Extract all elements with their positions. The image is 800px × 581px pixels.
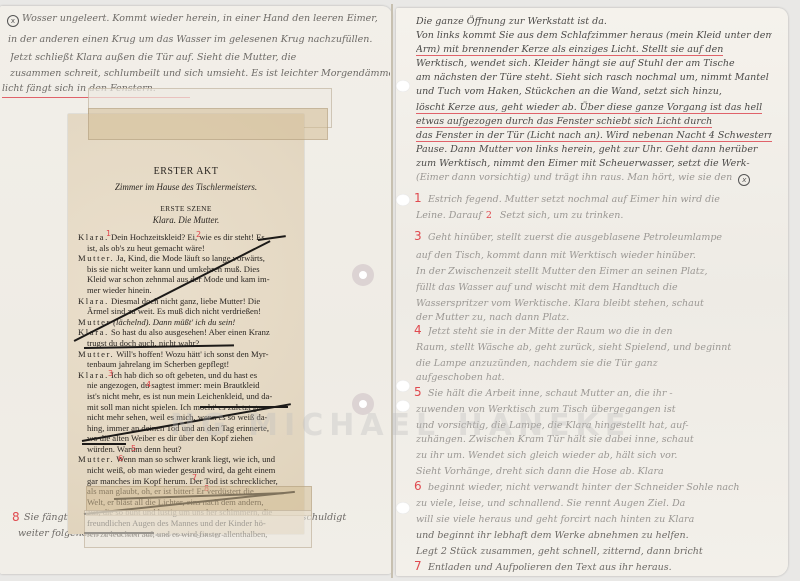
line-text: zuhängen. Zwischen Kram Tür hält sie dab… xyxy=(416,434,694,445)
top-note-line: Jetzt schließt Klara außen die Tür auf. … xyxy=(10,50,388,66)
line-text: löscht Kerze aus, geht wieder ab. Über d… xyxy=(416,102,762,114)
line-text: Sie hält die Arbeit inne, schaut Mutter … xyxy=(428,388,673,399)
line-text: der Mutter zu, nach dann Platz. xyxy=(416,312,569,323)
annotation-number-1: 1 xyxy=(414,191,422,205)
dialogue-line: Klara. Diesmal doch nicht ganz, liebe Mu… xyxy=(78,296,296,307)
tape-strip xyxy=(88,108,328,140)
handwritten-line: aufgeschoben hat. xyxy=(416,370,772,386)
handwritten-line: In der Zwischenzeit stellt Mutter den Ei… xyxy=(416,264,772,280)
line-text: Legt 2 Stück zusammen, geht schnell, zit… xyxy=(416,546,703,557)
handwritten-line: (Eimer dann vorsichtig) und trägt ihn ra… xyxy=(416,170,772,186)
handwritten-line: zuwenden von Werktisch zum Tisch übergeg… xyxy=(416,402,772,418)
line-text: und Tuch vom Haken, Stückchen an die Wan… xyxy=(416,86,722,97)
handwritten-line: und Tuch vom Haken, Stückchen an die Wan… xyxy=(416,84,772,100)
dialogue-line: Mutter. Wenn man so schwer krank liegt, … xyxy=(78,454,296,465)
line-text: zuwenden von Werktisch zum Tisch übergeg… xyxy=(416,404,676,415)
scene-characters: Klara. Die Mutter. xyxy=(68,215,304,225)
line-text: Raum, stellt Wäsche ab, geht zurück, sie… xyxy=(416,342,731,353)
annotation-number-4: 4 xyxy=(146,380,151,389)
setting-line: Zimmer im Hause des Tischlermeisters. xyxy=(68,182,304,192)
line-text: In der Zwischenzeit stellt Mutter den Ei… xyxy=(416,266,708,277)
line-text: beginnt wieder, nicht verwandt hinter xyxy=(428,482,611,493)
line-text: Estrich fegend. Mutter setzt nochmal auf… xyxy=(428,194,720,205)
punch-hole xyxy=(396,502,410,514)
dialogue-line: mer wieder hinein. xyxy=(78,285,296,296)
line-text: Wasserspritzer vom Werktische. Klara ble… xyxy=(416,298,704,309)
line-text: das Fenster in der Tür (Licht nach an). … xyxy=(416,130,772,142)
line-text: Geht hinüber, stellt zuerst die ausgebla… xyxy=(428,232,722,243)
line-text: etwas aufgezogen durch das Fenster schie… xyxy=(416,116,712,128)
dialogue-line: würden. Warum denn heut? xyxy=(78,444,296,455)
handwritten-line: Entladen und Aufpolieren den Text aus ih… xyxy=(428,560,768,576)
binding-fold xyxy=(391,4,393,578)
line-text: füllt das Wasser auf und wischt mit dem … xyxy=(416,282,678,293)
line-text: der Schneider Sohle nach xyxy=(615,482,740,493)
dialogue-line: nie angezogen, du sagtest immer: mein Br… xyxy=(78,380,296,391)
dialogue-line: Ärmel sind zu weit. Es muß dich nicht ve… xyxy=(78,306,296,317)
handwritten-line: zu ihr um. Wendet sich gleich wieder ab,… xyxy=(416,448,772,464)
line-text: am nächsten der Türe steht. Sieht sich r… xyxy=(416,72,769,83)
handwritten-line: Raum, stellt Wäsche ab, geht zurück, sie… xyxy=(416,340,772,356)
annotation-number-4: 4 xyxy=(414,323,422,337)
line-text: Arm) mit brennender Kerze als einziges L… xyxy=(416,44,723,56)
line-text: Pause. Dann Mutter von links herein, geh… xyxy=(416,144,757,155)
line-text: (Eimer dann vorsichtig) und trägt ihn ra… xyxy=(416,172,732,183)
handwritten-line: Legt 2 Stück zusammen, geht schnell, zit… xyxy=(416,544,772,560)
line-text: zu ihr um. Wendet sich gleich wieder ab,… xyxy=(416,450,677,461)
dialogue-line: Klara. So hast du also ausgesehen! Aber … xyxy=(78,327,296,338)
line-text: zu viele, leise, und schnallend. Sie ren… xyxy=(416,498,685,509)
tape-strip xyxy=(84,510,312,548)
handwritten-line: Geht hinüber, stellt zuerst die ausgebla… xyxy=(428,230,768,246)
act-title: ERSTER AKT xyxy=(68,166,304,177)
line-text: Jetzt steht sie in der Mitte der Raum wo… xyxy=(428,326,672,337)
handwritten-line: auf den Tisch, kommt dann mit Werktisch … xyxy=(416,248,772,264)
punch-hole xyxy=(396,400,410,412)
line-text: zum Werktisch, nimmt den Eimer mit Scheu… xyxy=(416,158,750,169)
dialogue-line: Mutter. Will's hoffen! Wozu hätt' ich so… xyxy=(78,349,296,360)
annotation-number-5: 5 xyxy=(414,385,422,399)
scene-title: ERSTE SZENE xyxy=(68,204,304,213)
line-text: und vorsichtig, die Lampe, die Klara hin… xyxy=(416,420,689,431)
punch-hole xyxy=(396,80,410,92)
line-text: will sie viele heraus und geht forcirt n… xyxy=(416,514,694,525)
line-text: aufgeschoben hat. xyxy=(416,372,505,383)
handwritten-line: beginnt wieder, nicht verwandt hinterder… xyxy=(428,480,768,496)
annotation-number-3: 3 xyxy=(414,229,422,243)
dialogue-line: ist's nicht mehr, es ist nun mein Leiche… xyxy=(78,391,296,402)
annotation-number-8: 8 xyxy=(12,510,20,524)
strikethrough-mark xyxy=(82,443,126,445)
annotation-number-5: 5 xyxy=(131,444,136,453)
punch-hole xyxy=(396,194,410,206)
top-note-line: Wosser ungeleert. Kommt wieder herein, i… xyxy=(22,11,388,27)
annotation-number-7: 7 xyxy=(414,559,422,573)
annotation-number-1: 1 xyxy=(106,229,111,238)
handwritten-line: Estrich fegend. Mutter setzt nochmal auf… xyxy=(428,192,768,208)
handwritten-line: füllt das Wasser auf und wischt mit dem … xyxy=(416,280,772,296)
line-text: Setzt sich, um zu trinken. xyxy=(500,210,624,221)
line-text: Die ganze Öffnung zur Werkstatt ist da. xyxy=(416,16,607,27)
asterisk-marker-icon: x xyxy=(7,15,19,27)
annotation-number-3: 3 xyxy=(108,369,113,378)
line-text: und beginnt ihr lebhaft dem Werke abnehm… xyxy=(416,530,689,541)
line-text: Werktisch, wendet sich. Kleider hängt si… xyxy=(416,58,735,69)
punch-hole-reinforcement xyxy=(352,393,374,415)
punch-hole xyxy=(396,380,410,392)
annotation-number-7: 7 xyxy=(192,473,197,482)
handwritten-line: Sie hält die Arbeit inne, schaut Mutter … xyxy=(428,386,768,402)
dialogue-line: hing, immer an deinen Tod und an den Tag… xyxy=(78,423,296,434)
line-text: Leine. Darauf xyxy=(416,210,482,221)
top-note-line: in der anderen einen Krug um das Wasser … xyxy=(8,32,388,48)
handwritten-line: zuhängen. Zwischen Kram Tür hält sie dab… xyxy=(416,432,772,448)
top-note-line: zusammen schreit, schlumbeilt und sich u… xyxy=(10,66,390,82)
annotation-number-2: 2 xyxy=(196,230,201,239)
handwritten-line: zu viele, leise, und schnallend. Sie ren… xyxy=(416,496,772,512)
annotation-number-2: 2 xyxy=(486,210,492,221)
dialogue-line: gar manches im Kopf herum. Der Tod ist s… xyxy=(78,476,296,487)
handwritten-line: Jetzt steht sie in der Mitte der Raum wo… xyxy=(428,324,768,340)
punch-hole-reinforcement xyxy=(352,264,374,286)
dialogue-line: Mutter. Ja, Kind, die Mode läuft so lang… xyxy=(78,253,296,264)
handwritten-line: Leine. Darauf2Setzt sich, um zu trinken. xyxy=(416,208,772,224)
handwritten-line: Sieht Vorhänge, dreht sich dann die Hose… xyxy=(416,464,772,480)
line-text: Entladen und Aufpolieren den Text aus ih… xyxy=(428,562,672,573)
handwritten-line: und beginnt ihr lebhaft dem Werke abnehm… xyxy=(416,528,772,544)
right-manuscript-page: Die ganze Öffnung zur Werkstatt ist da.V… xyxy=(396,8,788,576)
pasted-printed-page: ERSTER AKT Zimmer im Hause des Tischlerm… xyxy=(68,114,304,534)
line-text: die Lampe anzuzünden, nachdem sie die Tü… xyxy=(416,358,658,369)
asterisk-marker-icon: x xyxy=(738,174,750,186)
line-text: Von links kommt Sie aus dem Schlafzimmer… xyxy=(416,30,772,41)
annotation-number-6: 6 xyxy=(414,479,422,493)
line-text: auf den Tisch, kommt dann mit Werktisch … xyxy=(416,250,696,261)
handwritten-line: will sie viele heraus und geht forcirt n… xyxy=(416,512,772,528)
line-text: Sieht Vorhänge, dreht sich dann die Hose… xyxy=(416,466,664,477)
dialogue-line: bis sie nicht weiter kann und umkehren m… xyxy=(78,264,296,275)
annotation-number-6: 6 xyxy=(118,454,123,463)
dialogue-line: nicht weiß, ob man wieder gesund wird, d… xyxy=(78,465,296,476)
